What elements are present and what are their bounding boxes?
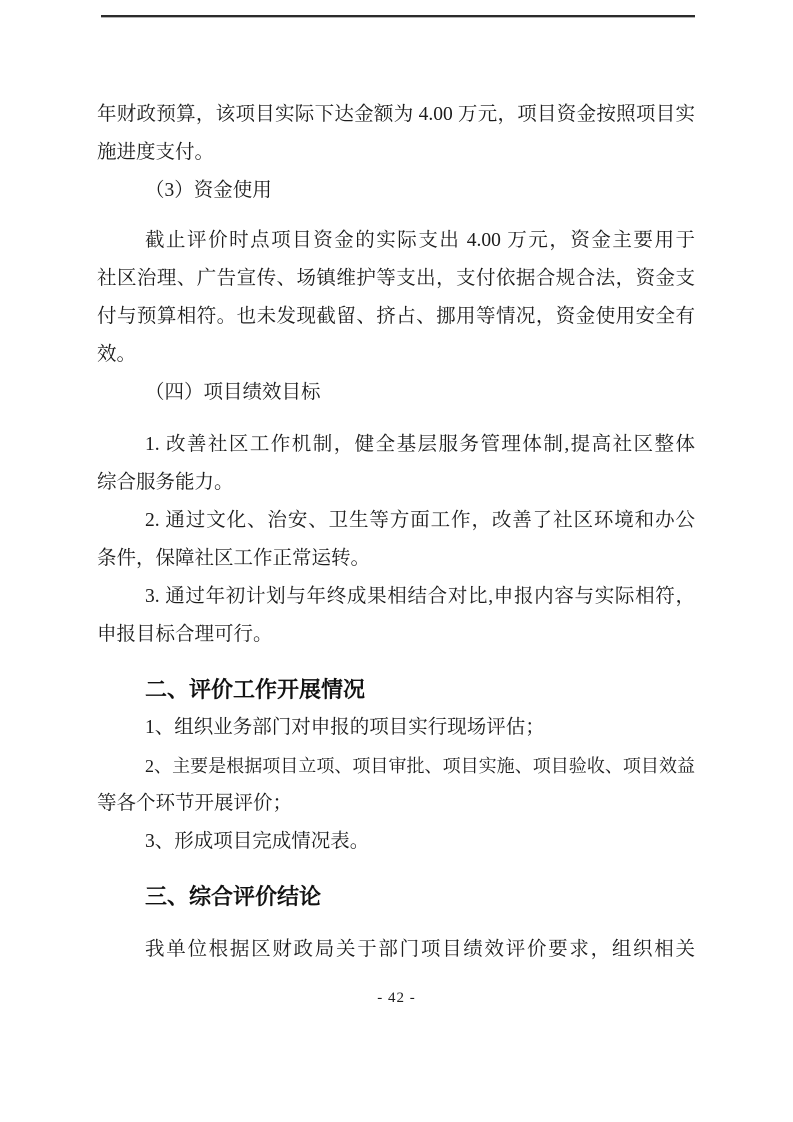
list-item-line: 1、组织业务部门对申报的项目实行现场评估； bbox=[97, 709, 695, 747]
list-item-line: 2. 通过文化、治安、卫生等方面工作，改善了社区环境和办公 bbox=[97, 502, 695, 540]
text-line: 付与预算相符。也未发现截留、挤占、挪用等情况，资金使用安全有 bbox=[97, 298, 695, 336]
page-number: - 42 - bbox=[0, 990, 793, 1007]
text-line: 社区治理、广告宣传、场镇维护等支出，支付依据合规合法，资金支 bbox=[97, 260, 695, 298]
list-item-line: 1. 改善社区工作机制，健全基层服务管理体制,提高社区整体 bbox=[97, 426, 695, 464]
text-line: 施进度支付。 bbox=[97, 134, 695, 172]
header-rule bbox=[101, 15, 695, 18]
section-heading-3: 三、综合评价结论 bbox=[97, 878, 695, 916]
text-line: 条件，保障社区工作正常运转。 bbox=[97, 540, 695, 578]
text-line: 年财政预算，该项目实际下达金额为 4.00 万元，项目资金按照项目实 bbox=[97, 96, 695, 134]
subsection-label: （3）资金使用 bbox=[97, 172, 695, 210]
list-item-line: 3、形成项目完成情况表。 bbox=[97, 823, 695, 861]
text-line: 等各个环节开展评价； bbox=[97, 785, 695, 823]
document-page: 年财政预算，该项目实际下达金额为 4.00 万元，项目资金按照项目实 施进度支付… bbox=[0, 0, 793, 1122]
text-line: 我单位根据区财政局关于部门项目绩效评价要求，组织相关 bbox=[97, 931, 695, 969]
document-body: 年财政预算，该项目实际下达金额为 4.00 万元，项目资金按照项目实 施进度支付… bbox=[97, 96, 695, 969]
text-line: 截止评价时点项目资金的实际支出 4.00 万元，资金主要用于 bbox=[97, 222, 695, 260]
section-heading-2: 二、评价工作开展情况 bbox=[97, 671, 695, 709]
subsection-label: （四）项目绩效目标 bbox=[97, 374, 695, 412]
list-item-line: 3. 通过年初计划与年终成果相结合对比,申报内容与实际相符， bbox=[97, 578, 695, 616]
text-line: 申报目标合理可行。 bbox=[97, 616, 695, 654]
text-line: 效。 bbox=[97, 336, 695, 374]
list-item-line: 2、主要是根据项目立项、项目审批、项目实施、项目验收、项目效益 bbox=[97, 747, 695, 785]
text-line: 综合服务能力。 bbox=[97, 464, 695, 502]
